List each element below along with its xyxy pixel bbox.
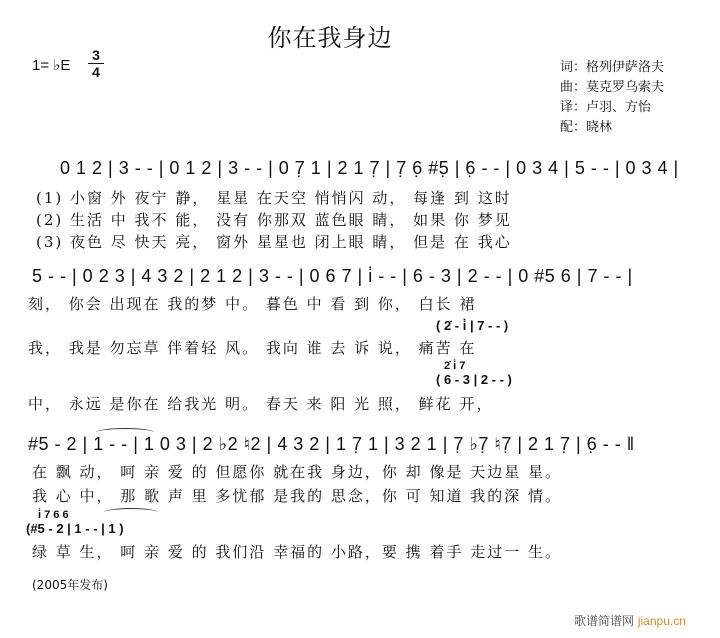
lyric-line-3-verse-1: 在 飘 动， 呵 亲 爱 的 但愿你 就在我 身边，你 却 像是 天边星 星。: [32, 461, 562, 482]
credits-block: 词：格列伊萨洛夫 曲：莫克罗乌索夫 译：卢羽、方怡 配：晓林: [560, 58, 664, 138]
alternate-notes-verse-3-upper: 2̇ i̇ 7: [444, 360, 465, 372]
lyric-line-2-verse-3: 中， 永远 是你在 给我光 明。 春天 来 阳 光 照， 鲜花 开，: [28, 393, 493, 414]
time-signature-top: 3: [92, 47, 100, 63]
lyric-line-1-verse-2: (2) 生活 中 我不 能， 没有 你那双 蓝色眼 睛， 如果 你 梦见: [36, 209, 512, 230]
credit-composer: 曲：莫克罗乌索夫: [560, 78, 664, 98]
credit-translator: 译：卢羽、方怡: [560, 98, 664, 118]
notation-line-2: 5 - - | 0 2 3 | 4 3 2 | 2 1 2 | 3 - - | …: [32, 266, 633, 287]
notation-line-3: #5 - 2 | 1 - - | 1 0 3 | 2 ♭2 ♮2 | 4 3 2…: [28, 434, 635, 455]
watermark: 歌谱简谱网 jianpu.cn: [574, 612, 686, 629]
release-note: (2005年发布): [32, 576, 108, 593]
alternate-notes-line-3-lower: (#5 - 2 | 1 - - | 1 ): [26, 521, 124, 536]
alternate-notes-line-3-upper: i̇ 7 6 6: [38, 509, 69, 521]
watermark-url: jianpu.cn: [638, 614, 686, 628]
watermark-site-name: 歌谱简谱网: [574, 614, 634, 628]
credit-arranger: 配：晓林: [560, 118, 664, 138]
tie-slur-alternate: [104, 508, 158, 517]
alternate-notes-verse-3-lower: ( 6 - 3 | 2 - - ): [436, 372, 512, 387]
lyric-line-1-verse-3: (3) 夜色 尽 快天 亮， 窗外 星星也 闭上眼 睛， 但是 在 我心: [36, 231, 512, 252]
key-signature: 1= ♭E: [32, 56, 70, 74]
lyric-line-1-verse-1: (1) 小窗 外 夜宁 静， 星星 在天空 悄悄闪 动， 每逢 到 这时: [36, 187, 512, 208]
notation-line-1: 0 1 2 | 3 - - | 0 1 2 | 3 - - | 0 7̣ 1 |…: [60, 158, 679, 179]
lyric-line-3-verse-3: 绿 草 生， 呵 亲 爱 的 我们沿 幸福的 小路，要 携 着手 走过一 生。: [32, 541, 562, 562]
credit-lyricist: 词：格列伊萨洛夫: [560, 58, 664, 78]
time-signature: 3 4: [88, 48, 104, 79]
time-signature-bottom: 4: [92, 64, 100, 80]
lyric-line-2-verse-1: 刻， 你会 出现在 我的梦 中。 暮色 中 看 到 你， 白长 裙: [28, 293, 476, 314]
lyric-line-3-verse-2: 我 心 中， 那 歌 声 里 多忧郁 是我的 思念，你 可 知道 我的深 情。: [32, 485, 562, 506]
alternate-notes-verse-2: ( 2̇ - i̇ | 7 - - ): [436, 318, 508, 333]
lyric-line-2-verse-2: 我， 我是 勿忘草 伴着轻 风。 我向 谁 去 诉 说， 痛苦 在: [28, 337, 476, 358]
